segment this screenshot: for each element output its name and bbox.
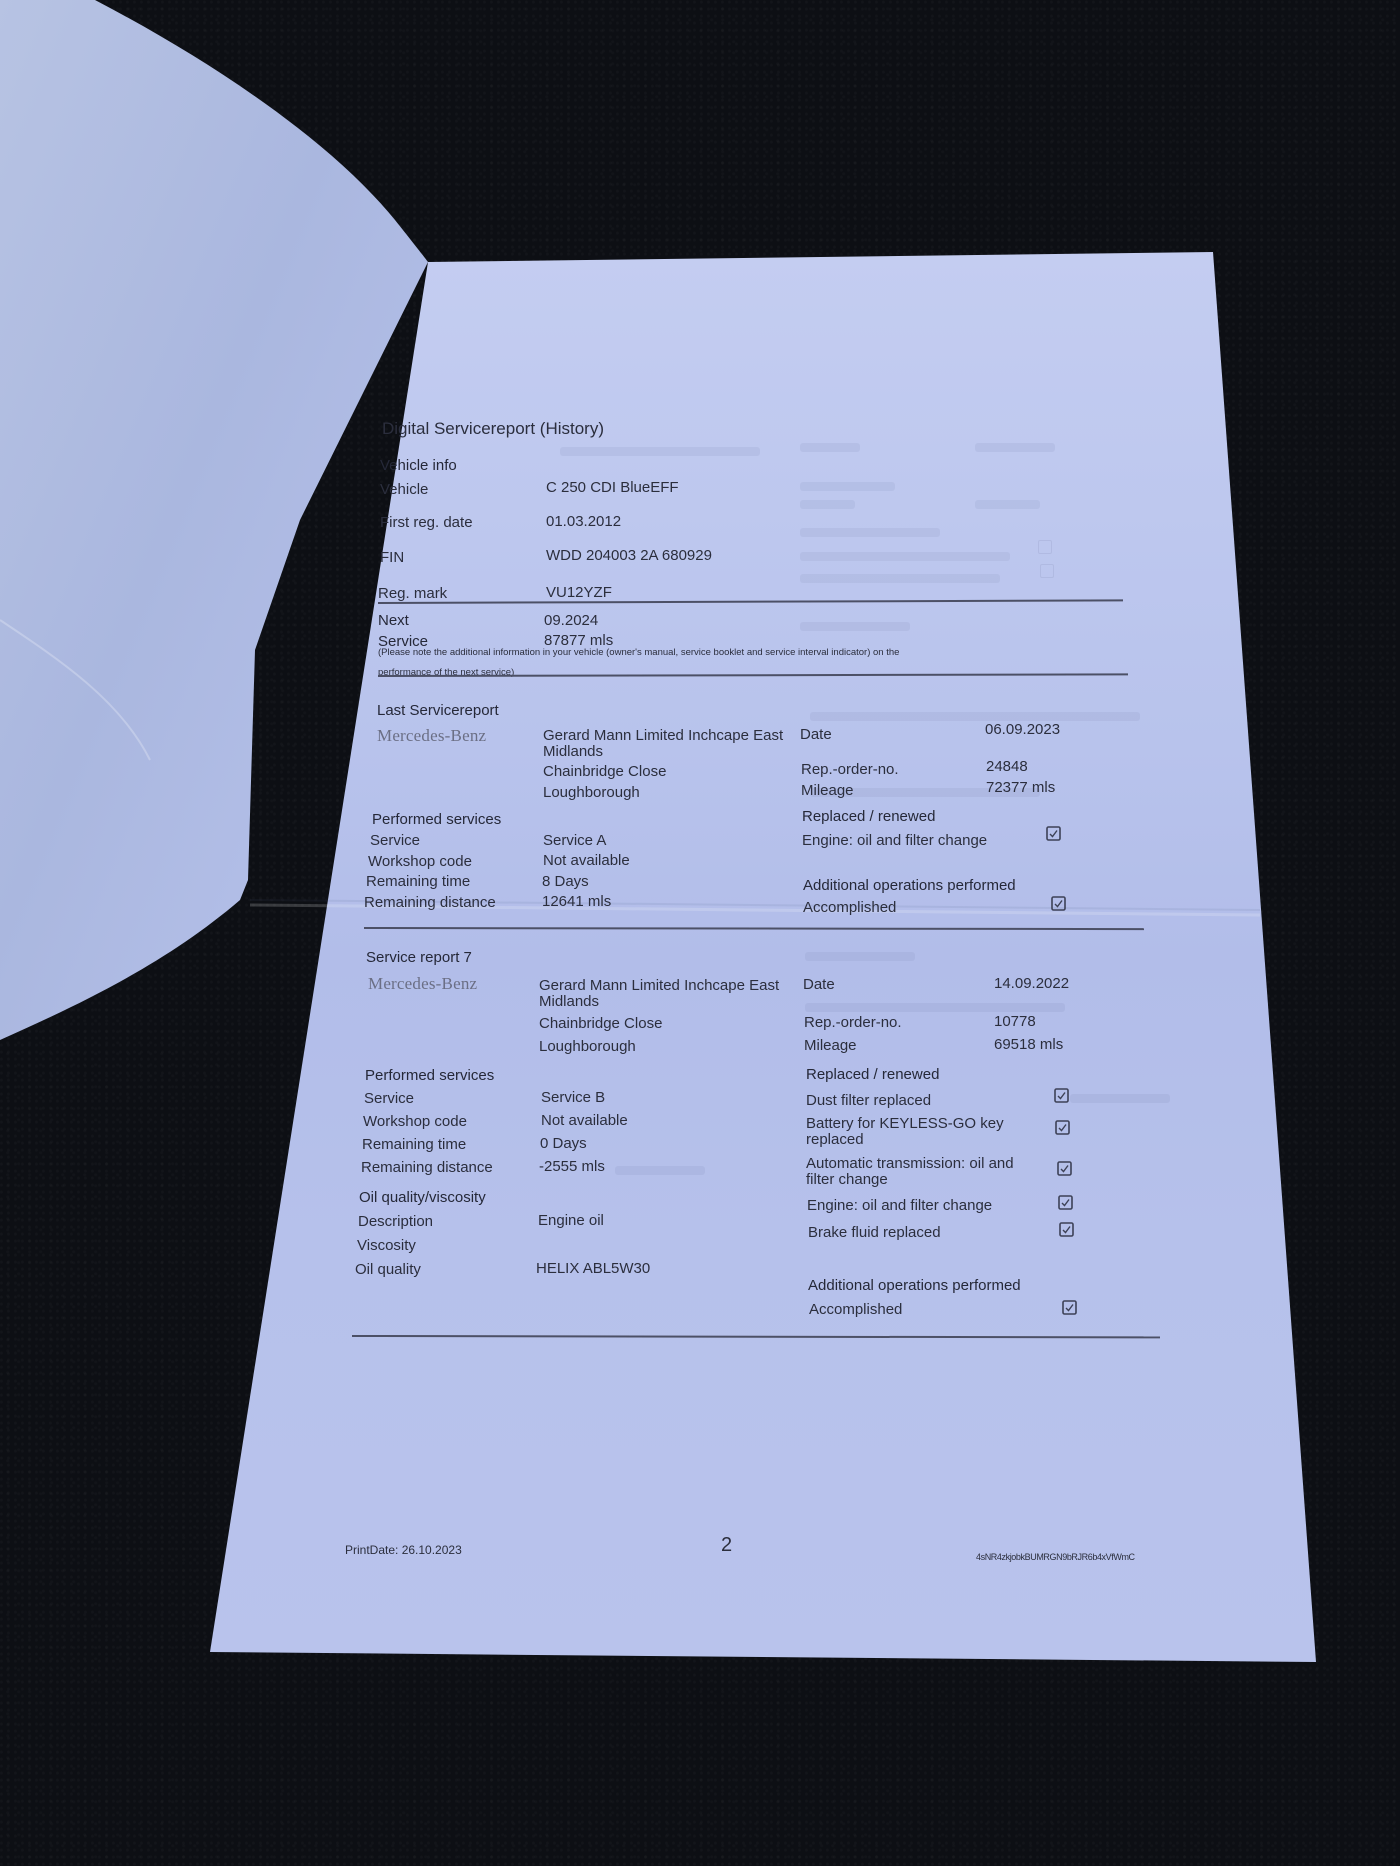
service-label: Service: [370, 832, 420, 849]
date-label: Date: [800, 726, 832, 743]
fin-value: WDD 204003 2A 680929: [546, 547, 712, 564]
dealer-city: Loughborough: [543, 784, 640, 801]
next-service-note-line1: (Please note the additional information …: [378, 647, 899, 658]
next-value: 09.2024: [544, 612, 598, 629]
document-title: Digital Servicereport (History): [382, 420, 604, 437]
dealer-street: Chainbridge Close: [539, 1015, 662, 1032]
print-date: PrintDate: 26.10.2023: [345, 1542, 462, 1559]
checked-checkbox-icon: [1055, 1120, 1070, 1135]
divider: [352, 1335, 1160, 1338]
replaced-item-label-cont: replaced: [806, 1131, 864, 1148]
accomplished-label: Accomplished: [809, 1301, 902, 1318]
viscosity-label: Viscosity: [357, 1237, 416, 1254]
divider: [378, 673, 1128, 676]
dealer-name-line1: Gerard Mann Limited Inchcape East: [539, 977, 779, 994]
remaining-time-label: Remaining time: [366, 873, 470, 890]
rep-order-no-value: 10778: [994, 1013, 1036, 1030]
additional-operations-heading: Additional operations performed: [808, 1277, 1021, 1294]
service-report-document: Digital Servicereport (History) Vehicle …: [0, 0, 1400, 1866]
replaced-renewed-heading: Replaced / renewed: [806, 1066, 939, 1083]
checked-checkbox-icon: [1051, 896, 1066, 911]
dealer-name-line2: Midlands: [543, 743, 603, 760]
date-value: 14.09.2022: [994, 975, 1069, 992]
oil-description-value: Engine oil: [538, 1212, 604, 1229]
checked-checkbox-icon: [1057, 1161, 1072, 1176]
vehicle-value: C 250 CDI BlueEFF: [546, 479, 679, 496]
performed-services-heading: Performed services: [372, 811, 501, 828]
vehicle-label: Vehicle: [380, 481, 428, 498]
checked-checkbox-icon: [1046, 826, 1061, 841]
replaced-item-label: Brake fluid replaced: [808, 1224, 941, 1241]
replaced-item-label: Engine: oil and filter change: [802, 832, 987, 849]
workshop-code-value: Not available: [543, 852, 630, 869]
page-number: 2: [721, 1537, 732, 1554]
service-report-7-heading: Service report 7: [366, 949, 472, 966]
additional-operations-heading: Additional operations performed: [803, 877, 1016, 894]
rep-order-no-value: 24848: [986, 758, 1028, 775]
service-value: Service B: [541, 1089, 605, 1106]
remaining-time-value: 8 Days: [542, 873, 589, 890]
mileage-label: Mileage: [804, 1037, 857, 1054]
replaced-item-label-cont: filter change: [806, 1171, 888, 1188]
workshop-code-label: Workshop code: [363, 1113, 467, 1130]
oil-description-label: Description: [358, 1213, 433, 1230]
date-label: Date: [803, 976, 835, 993]
date-value: 06.09.2023: [985, 721, 1060, 738]
remaining-distance-value: 12641 mls: [542, 893, 611, 910]
checked-checkbox-icon: [1059, 1222, 1074, 1237]
replaced-item-label: Automatic transmission: oil and: [806, 1155, 1014, 1172]
replaced-item-label: Battery for KEYLESS-GO key: [806, 1115, 1004, 1132]
oil-quality-label: Oil quality: [355, 1261, 421, 1278]
remaining-distance-value: -2555 mls: [539, 1158, 605, 1175]
replaced-renewed-heading: Replaced / renewed: [802, 808, 935, 825]
service-label: Service: [364, 1090, 414, 1107]
oil-quality-value: HELIX ABL5W30: [536, 1260, 650, 1277]
service-value: Service A: [543, 832, 606, 849]
dealer-city: Loughborough: [539, 1038, 636, 1055]
document-hash: 4sNR4zkjobkBUMRGN9bRJR6b4xVfWmC: [976, 1549, 1135, 1566]
divider: [378, 599, 1123, 603]
remaining-distance-label: Remaining distance: [364, 894, 496, 911]
last-servicereport-heading: Last Servicereport: [377, 702, 499, 719]
rep-order-no-label: Rep.-order-no.: [804, 1014, 902, 1031]
checked-checkbox-icon: [1058, 1195, 1073, 1210]
workshop-code-label: Workshop code: [368, 853, 472, 870]
remaining-distance-label: Remaining distance: [361, 1159, 493, 1176]
workshop-code-value: Not available: [541, 1112, 628, 1129]
checked-checkbox-icon: [1062, 1300, 1077, 1315]
mileage-label: Mileage: [801, 782, 854, 799]
dealer-name-line2: Midlands: [539, 993, 599, 1010]
oil-quality-viscosity-heading: Oil quality/viscosity: [359, 1189, 486, 1206]
replaced-item-label: Dust filter replaced: [806, 1092, 931, 1109]
checked-checkbox-icon: [1054, 1088, 1069, 1103]
mileage-value: 69518 mls: [994, 1036, 1063, 1053]
first-reg-date-label: First reg. date: [380, 514, 473, 531]
mercedes-benz-logo: Mercedes-Benz: [368, 975, 477, 992]
remaining-time-label: Remaining time: [362, 1136, 466, 1153]
accomplished-label: Accomplished: [803, 899, 896, 916]
reg-mark-value: VU12YZF: [546, 584, 612, 601]
rep-order-no-label: Rep.-order-no.: [801, 761, 899, 778]
remaining-time-value: 0 Days: [540, 1135, 587, 1152]
performed-services-heading: Performed services: [365, 1067, 494, 1084]
dealer-name-line1: Gerard Mann Limited Inchcape East: [543, 727, 783, 744]
first-reg-date-value: 01.03.2012: [546, 513, 621, 530]
reg-mark-label: Reg. mark: [378, 585, 447, 602]
divider: [364, 927, 1144, 930]
vehicle-info-heading: Vehicle info: [380, 457, 457, 474]
mileage-value: 72377 mls: [986, 779, 1055, 796]
fin-label: FIN: [380, 549, 404, 566]
dealer-street: Chainbridge Close: [543, 763, 666, 780]
next-label: Next: [378, 612, 409, 629]
mercedes-benz-logo: Mercedes-Benz: [377, 727, 486, 744]
replaced-item-label: Engine: oil and filter change: [807, 1197, 992, 1214]
